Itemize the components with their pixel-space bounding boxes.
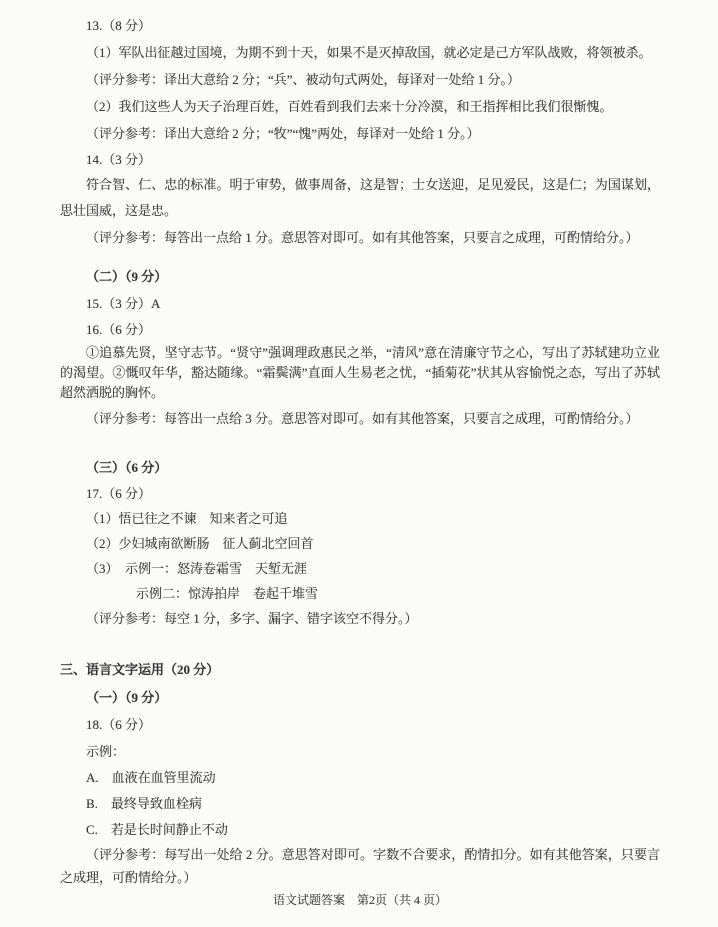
section1-header: （一）（9 分） — [60, 684, 660, 711]
q17-item3-example2: 示例二：惊涛拍岸 卷起千堆雪 — [136, 581, 660, 606]
q15-header-and-answer: 15.（3 分）A — [60, 290, 660, 317]
q13-item1-answer: （1）军队出征越过国境，为期不到十天，如果不是灭掉敌国，就必定是己方军队战败，将… — [60, 39, 660, 66]
q13-header: 13.（8 分） — [60, 12, 660, 39]
page-footer: 语文试题答案 第2页（共 4 页） — [60, 891, 660, 909]
q18-header: 18.（6 分） — [60, 711, 660, 738]
part3-header: 三、语言文字运用（20 分） — [60, 656, 660, 684]
q18-scoring-note: （评分参考：每写出一处给 2 分。意思答对即可。字数不合要求，酌情扣分。如有其他… — [60, 843, 660, 889]
section3-header: （三）（6 分） — [60, 454, 660, 481]
q17-scoring-note: （评分参考：每空 1 分，多字、漏字、错字该空不得分。） — [60, 606, 660, 631]
q13-item1-scoring-note: （评分参考：译出大意给 2 分；“兵”、被动句式两处，每译对一处给 1 分。） — [60, 66, 660, 93]
q18-option-c: C. 若是长时间静止不动 — [60, 817, 660, 843]
q16-answer: ①追慕先贤，坚守志节。“贤守”强调理政惠民之举，“清风”意在清廉守节之心，写出了… — [60, 343, 660, 403]
q17-header: 17.（6 分） — [60, 481, 660, 506]
q14-answer: 符合智、仁、忠的标准。明于审势，做事周备，这是智；士女送迎，足见爱民，这是仁；为… — [60, 172, 660, 224]
q14-header: 14.（3 分） — [60, 147, 660, 172]
q13-item2-scoring-note: （评分参考：译出大意给 2 分；“牧”“愧”两处，每译对一处给 1 分。） — [60, 120, 660, 147]
q17-item1-answer: （1）悟已往之不谏 知来者之可追 — [60, 506, 660, 531]
q17-item3-example1: （3） 示例一：怒涛卷霜雪 天堑无涯 — [60, 556, 660, 581]
q18-option-b: B. 最终导致血栓病 — [60, 791, 660, 817]
q13-item2-answer: （2）我们这些人为天子治理百姓，百姓看到我们去来十分冷漠，和王指挥相比我们很惭愧… — [60, 93, 660, 120]
section2-header: （二）（9 分） — [60, 263, 660, 290]
q17-item2-answer: （2）少妇城南欲断肠 征人蓟北空回首 — [60, 531, 660, 556]
q16-scoring-note: （评分参考：每答出一点给 3 分。意思答对即可。如有其他答案，只要言之成理，可酌… — [60, 405, 660, 432]
document-page: 13.（8 分） （1）军队出征越过国境，为期不到十天，如果不是灭掉敌国，就必定… — [0, 0, 718, 927]
q14-scoring-note: （评分参考：每答出一点给 1 分。意思答对即可。如有其他答案，只要言之成理，可酌… — [60, 224, 660, 251]
q16-header: 16.（6 分） — [60, 317, 660, 343]
q18-option-a: A. 血液在血管里流动 — [60, 765, 660, 791]
q18-example-label: 示例： — [60, 738, 660, 765]
